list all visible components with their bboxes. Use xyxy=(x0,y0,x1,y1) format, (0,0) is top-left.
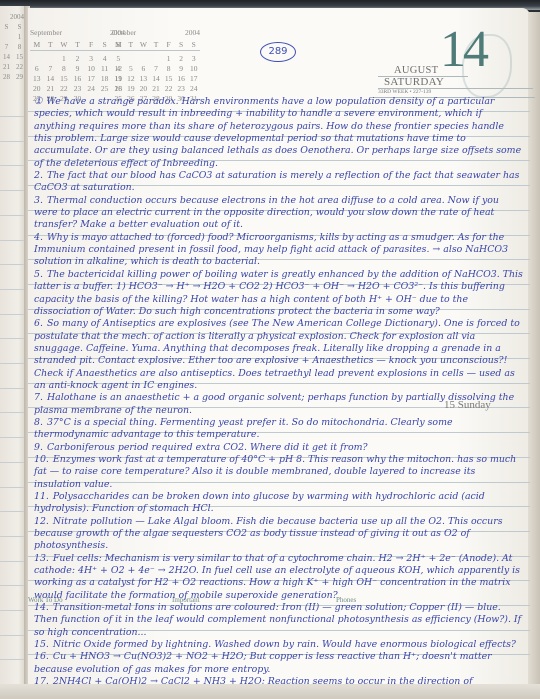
handwritten-notes: ①We have a strange paradox. Harsh enviro… xyxy=(34,96,524,699)
calendar-day: 21 xyxy=(150,84,163,93)
note-entry: 11.Polysaccharides can be broken down in… xyxy=(34,491,524,516)
note-number: ① xyxy=(34,96,42,107)
calendar-day: 20 xyxy=(30,84,44,93)
note-number: 3. xyxy=(34,195,43,206)
calendar-day: 11 xyxy=(112,74,125,83)
calendar-day: 4 xyxy=(112,64,125,73)
note-number: 15. xyxy=(34,639,49,650)
note-number: 12. xyxy=(34,516,49,527)
note-number: 6. xyxy=(34,318,43,329)
weekday-header: T xyxy=(71,40,85,49)
calendar-day: 6 xyxy=(137,64,150,73)
note-number: 5. xyxy=(34,269,43,280)
weekday-header: M xyxy=(30,40,44,49)
calendar-day: 1 xyxy=(57,54,71,63)
note-text: Halothane is an anaesthetic + a good org… xyxy=(34,392,514,415)
weekday-header: S xyxy=(175,40,188,49)
note-entry: 3.Thermal conduction occurs because elec… xyxy=(34,195,524,232)
calendar-day: 16 xyxy=(71,74,85,83)
calendar-day: 9 xyxy=(175,64,188,73)
left-cal-year: 2004 xyxy=(0,12,26,22)
left-page-rule xyxy=(0,141,26,142)
weekday-header: T xyxy=(125,40,138,49)
note-number: 16. xyxy=(34,651,49,662)
note-number: 14. xyxy=(34,602,49,613)
notebook-bottom-edge xyxy=(0,684,540,699)
left-page-rule xyxy=(0,585,26,586)
date-day-number: 14 xyxy=(440,24,486,76)
calendar-day xyxy=(125,54,138,63)
left-page-rule xyxy=(0,462,26,463)
calendar-day: 14 xyxy=(150,74,163,83)
calendar-day: 2 xyxy=(71,54,85,63)
left-page-rule xyxy=(0,487,26,488)
calendar-day: 8 xyxy=(162,64,175,73)
date-weekday: SATURDAY xyxy=(384,76,444,88)
note-entry: 16.Cu + HNO3 → Cu(NO3)2 + NO2 + H2O; But… xyxy=(34,651,524,676)
left-page-rule xyxy=(0,610,26,611)
left-page-rule xyxy=(0,511,26,512)
left-page-rule xyxy=(0,190,26,191)
note-number: 9. xyxy=(34,442,43,453)
note-text: Enzymes work fast at a temperature of 40… xyxy=(34,454,516,490)
note-text: Cu + HNO3 → Cu(NO3)2 + NO2 + H2O; But co… xyxy=(34,651,492,674)
left-page-rule xyxy=(0,264,26,265)
calendar-day: 7 xyxy=(44,64,58,73)
weekday-header: T xyxy=(150,40,163,49)
left-page: 2004 S S 178141521222829 xyxy=(0,6,26,699)
note-entry: 8.37°C is a special thing. Fermenting ye… xyxy=(34,417,524,442)
note-text: Thermal conduction occurs because electr… xyxy=(34,195,499,231)
calendar-weekdays: MTWTFSS xyxy=(112,40,200,51)
calendar-day: 2 xyxy=(175,54,188,63)
left-page-rule xyxy=(0,314,26,315)
note-number: 10. xyxy=(34,454,49,465)
calendar-day: 13 xyxy=(30,74,44,83)
note-text: We have a strange paradox. Harsh environ… xyxy=(34,96,521,169)
calendar-day: 21 xyxy=(44,84,58,93)
calendar-day xyxy=(30,54,44,63)
page-number: 289 xyxy=(260,42,296,62)
date-month: AUGUST xyxy=(394,65,438,76)
note-entry: 13.Fuel cells: Mechanism is very similar… xyxy=(34,553,524,602)
calendar-day: 1 xyxy=(162,54,175,63)
calendar-day: 7 xyxy=(150,64,163,73)
left-page-rule xyxy=(0,215,26,216)
calendar-day: 3 xyxy=(84,54,98,63)
left-cal-row: 1415 xyxy=(0,52,26,62)
calendar-day: 22 xyxy=(162,84,175,93)
left-page-rule xyxy=(0,363,26,364)
calendar-day: 17 xyxy=(187,74,200,83)
weekday-header: F xyxy=(84,40,98,49)
weekday-header: S xyxy=(98,40,112,49)
note-text: So many of Antiseptics are explosives (s… xyxy=(34,318,520,391)
date-week-info: 33RD WEEK • 227-139 xyxy=(378,89,431,95)
calendar-day xyxy=(44,54,58,63)
calendar-day: 4 xyxy=(98,54,112,63)
left-page-rule xyxy=(0,437,26,438)
note-number: 2. xyxy=(34,170,43,181)
calendar-day: 10 xyxy=(187,64,200,73)
note-entry: 15.Nitric Oxide formed by lightning. Was… xyxy=(34,639,524,651)
left-cal-row: 1 xyxy=(0,32,26,42)
left-page-rule xyxy=(0,412,26,413)
left-page-rule xyxy=(0,116,26,117)
left-page-rule xyxy=(0,635,26,636)
note-number: 4. xyxy=(34,232,43,243)
note-entry: 7.Halothane is an anaesthetic + a good o… xyxy=(34,392,524,417)
weekday-header: F xyxy=(162,40,175,49)
calendar-day: 22 xyxy=(57,84,71,93)
note-entry: 4.Why is mayo attached to (forced) food?… xyxy=(34,232,524,269)
note-entry: 14.Transition-metal Ions in solutions ar… xyxy=(34,602,524,639)
left-page-rule xyxy=(0,165,26,166)
weekday-header: S xyxy=(187,40,200,49)
calendar-day: 15 xyxy=(162,74,175,83)
calendar-day: 24 xyxy=(187,84,200,93)
weekday-header: W xyxy=(57,40,71,49)
note-text: Why is mayo attached to (forced) food? M… xyxy=(34,232,508,268)
calendar-day: 24 xyxy=(84,84,98,93)
calendar-day: 3 xyxy=(187,54,200,63)
calendar-day: 6 xyxy=(30,64,44,73)
note-entry: 2.The fact that our blood has CaCO3 at s… xyxy=(34,170,524,195)
left-page-mini-calendar: 2004 S S 178141521222829 xyxy=(0,12,26,82)
calendar-day: 23 xyxy=(175,84,188,93)
note-entry: 5.The bactericidal killing power of boil… xyxy=(34,269,524,318)
calendar-day: 15 xyxy=(57,74,71,83)
left-page-rule xyxy=(0,240,26,241)
note-entry: 10.Enzymes work fast at a temperature of… xyxy=(34,454,524,491)
note-entry: 12.Nitrate pollution — Lake Algal bloom.… xyxy=(34,516,524,553)
calendar-day: 14 xyxy=(44,74,58,83)
note-number: 7. xyxy=(34,392,43,403)
note-number: 8. xyxy=(34,417,43,428)
left-page-rule xyxy=(0,388,26,389)
note-text: Transition-metal Ions in solutions are c… xyxy=(34,602,521,638)
note-text: Nitrate pollution — Lake Algal bloom. Fi… xyxy=(34,516,503,552)
calendar-day: 23 xyxy=(71,84,85,93)
calendar-day: 12 xyxy=(125,74,138,83)
calendar-day xyxy=(137,54,150,63)
calendar-day: 17 xyxy=(84,74,98,83)
note-number: 13. xyxy=(34,553,49,564)
calendar-october: October 2004 MTWTFSS 1234567891011121314… xyxy=(112,28,200,103)
calendar-day: 8 xyxy=(57,64,71,73)
calendar-day: 11 xyxy=(98,64,112,73)
calendar-day xyxy=(112,54,125,63)
weekday-header: W xyxy=(137,40,150,49)
note-number: 11. xyxy=(34,491,49,502)
left-cal-dow: S S xyxy=(0,22,26,32)
calendar-day: 25 xyxy=(98,84,112,93)
left-page-rule xyxy=(0,536,26,537)
calendar-month: September xyxy=(30,28,62,37)
left-page-rule xyxy=(0,561,26,562)
calendar-weekdays: MTWTFSS xyxy=(30,40,125,51)
note-text: The fact that our blood has CaCO3 at sat… xyxy=(34,170,519,193)
calendar-day: 10 xyxy=(84,64,98,73)
left-cal-days: 178141521222829 xyxy=(0,32,26,82)
left-page-rule xyxy=(0,659,26,660)
calendar-day: 19 xyxy=(125,84,138,93)
calendar-day: 16 xyxy=(175,74,188,83)
note-text: The bactericidal killing power of boilin… xyxy=(34,269,523,317)
calendar-day: 20 xyxy=(137,84,150,93)
left-cal-row: 2122 xyxy=(0,62,26,72)
calendar-day xyxy=(150,54,163,63)
weekday-header: M xyxy=(112,40,125,49)
left-cal-row: 78 xyxy=(0,42,26,52)
note-text: Nitric Oxide formed by lightning. Washed… xyxy=(53,639,516,650)
note-text: Polysaccharides can be broken down into … xyxy=(34,491,485,514)
note-text: Carboniferous period required extra CO2.… xyxy=(47,442,368,453)
calendar-month: October xyxy=(112,28,136,37)
note-entry: 9.Carboniferous period required extra CO… xyxy=(34,442,524,454)
weekday-header: T xyxy=(44,40,58,49)
note-entry: 6.So many of Antiseptics are explosives … xyxy=(34,318,524,392)
calendar-day: 13 xyxy=(137,74,150,83)
note-entry: ①We have a strange paradox. Harsh enviro… xyxy=(34,96,524,170)
note-text: 37°C is a special thing. Fermenting yeas… xyxy=(34,417,453,440)
calendar-day: 9 xyxy=(71,64,85,73)
calendar-day: 18 xyxy=(98,74,112,83)
calendar-day: 18 xyxy=(112,84,125,93)
left-page-rule xyxy=(0,289,26,290)
left-cal-row: 2829 xyxy=(0,72,26,82)
calendar-september: September 2004 MTWTFSS 12345678910111213… xyxy=(30,28,125,103)
left-page-rule xyxy=(0,338,26,339)
note-text: Fuel cells: Mechanism is very similar to… xyxy=(34,553,520,601)
calendar-day: 5 xyxy=(125,64,138,73)
calendar-year: 2004 xyxy=(185,28,200,37)
